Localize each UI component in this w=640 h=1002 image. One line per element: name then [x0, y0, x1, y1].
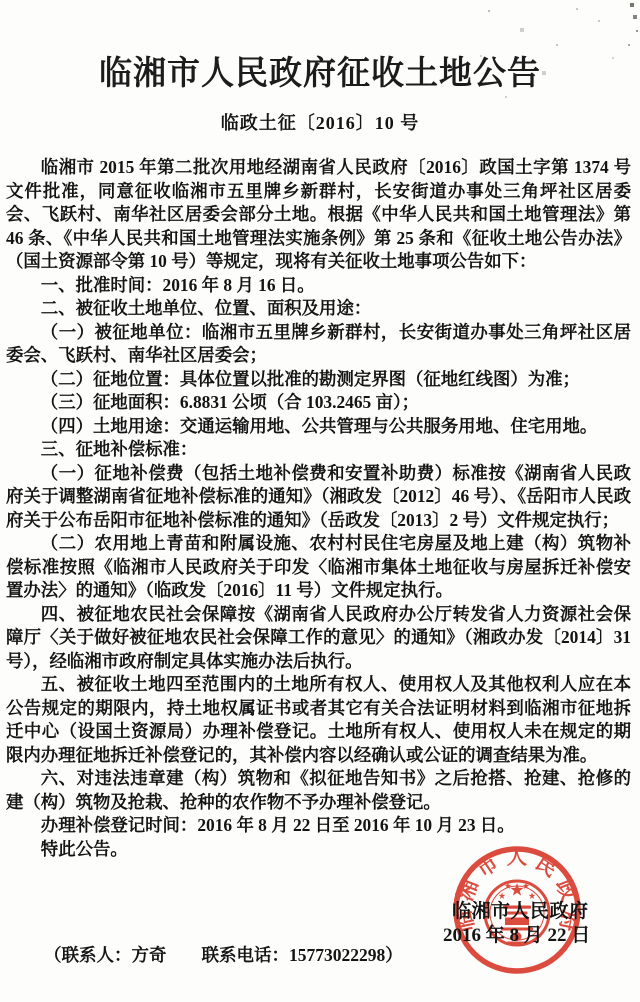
- paragraph: （一）征地补偿费（包括土地补偿费和安置补助费）标准按《湖南省人民政府关于调整湖南…: [6, 462, 631, 533]
- signature-date: 2016 年 8 月 22 日: [443, 920, 590, 947]
- paragraph: （一）被征地单位：临湘市五里牌乡新群村，长安街道办事处三角坪社区居委会、飞跃村、…: [6, 321, 631, 368]
- paragraph: （四）土地用途：交通运输用地、公共管理与公共服务用地、住宅用地。: [6, 415, 631, 439]
- paragraph: （二）征地位置：具体位置以批准的勘测定界图（征地红线图）为准；: [6, 368, 631, 392]
- paragraph: 一、批准时间：2016 年 8 月 16 日。: [6, 274, 631, 298]
- document-title: 临湘市人民政府征收土地公告: [0, 0, 640, 94]
- doc-number: 临政土征〔2016〕10 号: [0, 109, 640, 135]
- paragraph: （二）农用地上青苗和附属设施、农村村民住宅房屋及地上建（构）筑物补偿标准按照《临…: [6, 532, 631, 603]
- page-root: 临湘市人民政府征收土地公告 临政土征〔2016〕10 号 临湘市 2015 年第…: [0, 0, 640, 1002]
- paragraph: （三）征地面积：6.8831 公顷（合 103.2465 亩）；: [6, 391, 631, 415]
- scan-speckles: [0, 0, 2, 2]
- paragraph: 三、征地补偿标准：: [6, 438, 631, 462]
- paragraph: 临湘市 2015 年第二批次用地经湖南省人民政府〔2016〕政国土字第 1374…: [6, 156, 631, 274]
- contact-info: （联系人：方奇 联系电话：15773022298）: [44, 942, 403, 967]
- announcement-body: 临湘市 2015 年第二批次用地经湖南省人民政府〔2016〕政国土字第 1374…: [0, 156, 640, 861]
- paragraph: 五、被征收土地四至范围内的土地所有权人、使用权人及其他权利人应在本公告规定的期限…: [6, 673, 631, 767]
- issuer-signature: 临湘市人民政府: [452, 896, 589, 923]
- paragraph: 六、对违法违章建（构）筑物和《拟征地告知书》之后抢搭、抢建、抢修的建（构）筑物及…: [6, 767, 631, 814]
- paragraph: 二、被征收土地单位、位置、面积及用途：: [6, 297, 631, 321]
- paragraph: 四、被征地农民社会保障按《湖南省人民政府办公厅转发省人力资源社会保障厅〈关于做好…: [6, 603, 631, 674]
